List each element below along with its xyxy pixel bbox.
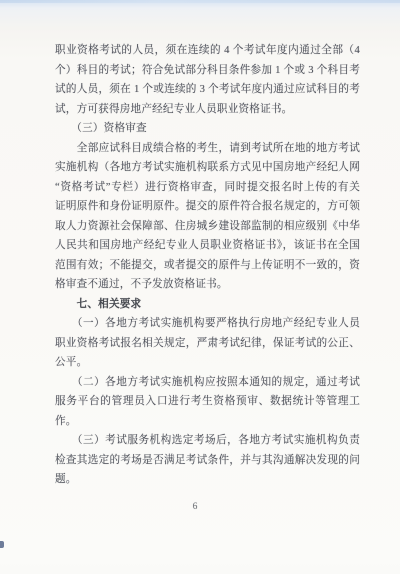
text-line: 范围有效；不能提交，或者提交的原件与上传证明不一致的，资: [55, 256, 360, 276]
text-line: 格审查不通过，不予发放资格证书。: [55, 275, 360, 295]
text-line: 题。: [55, 470, 360, 490]
text-line: 试，方可获得房地产经纪专业人员职业资格证书。: [55, 100, 360, 120]
text-line: 公平。: [55, 353, 360, 373]
text-line: 人民共和国房地产经纪专业人员职业资格证书》，该证书在全国: [55, 236, 360, 256]
text-line: 检查其选定的考场是否满足考试条件，并与其沟通解决发现的问: [55, 451, 360, 471]
text-line: （三）资格审查: [55, 119, 360, 139]
text-line: （三）考试服务机构选定考场后，各地方考试实施机构负责: [55, 431, 360, 451]
text-line: 职业资格考试报名相关规定，严肃考试纪律，保证考试的公正、: [55, 334, 360, 354]
text-line: 证明原件和身份证明原件。提交的原件符合报名规定的，方可领: [55, 197, 360, 217]
text-line: 职业资格考试的人员，须在连续的 4 个考试年度内通过全部（4: [55, 41, 360, 61]
text-line: （一）各地方考试实施机构要严格执行房地产经纪专业人员: [55, 314, 360, 334]
text-line: “资格考试”专栏）进行资格审查，同时提交报名时上传的有关: [55, 178, 360, 198]
text-line: 七、相关要求: [55, 295, 360, 315]
scan-edge-band: [0, 0, 400, 3]
text-line: 试的人员，须在 1 个或连续的 3 个考试年度内通过应试科目的考: [55, 80, 360, 100]
scanned-document-page: 职业资格考试的人员，须在连续的 4 个考试年度内通过全部（4个）科目的考试；符合…: [0, 0, 400, 574]
text-line: 作。: [55, 412, 360, 432]
text-line: 个）科目的考试；符合免试部分科目条件参加 1 个或 3 个科目考: [55, 61, 360, 81]
text-line: 取人力资源社会保障部、住房城乡建设部监制的相应级别《中华: [55, 217, 360, 237]
text-line: （二）各地方考试实施机构应按照本通知的规定，通过考试: [55, 373, 360, 393]
page-number: 6: [55, 502, 335, 512]
document-text-body: 职业资格考试的人员，须在连续的 4 个考试年度内通过全部（4个）科目的考试；符合…: [55, 41, 360, 490]
text-line: 实施机构（各地方考试实施机构联系方式见中国房地产经纪人网: [55, 158, 360, 178]
text-line: 服务平台的管理员入口进行考生资格预审、数据统计等管理工: [55, 392, 360, 412]
text-line: 全部应试科目成绩合格的考生，请到考试所在地的地方考试: [55, 139, 360, 159]
scan-artifact-speck: [0, 541, 4, 548]
